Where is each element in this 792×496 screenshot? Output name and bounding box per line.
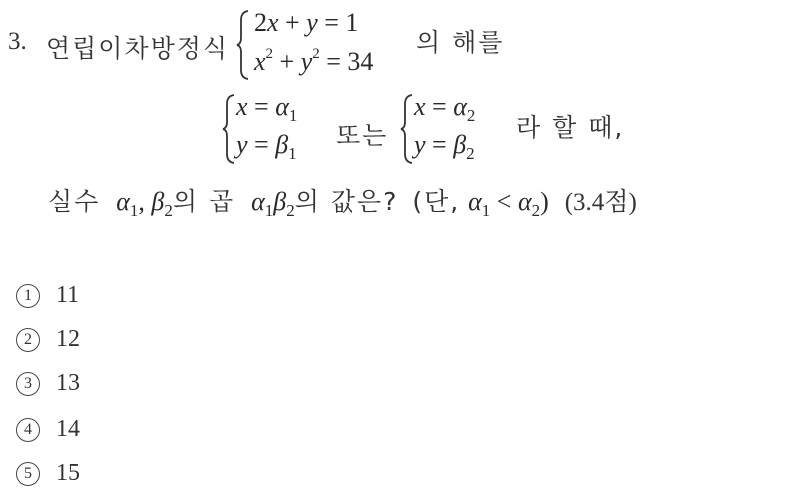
- question-product: α1β2: [251, 187, 295, 216]
- solution-1-y: y = β1: [236, 130, 297, 164]
- choice-3[interactable]: 313: [16, 370, 80, 397]
- question-condition: α1 < α2): [468, 187, 549, 216]
- choice-5[interactable]: 515: [16, 460, 80, 487]
- solution-2-x: x = α2: [414, 92, 475, 126]
- left-brace-icon: [400, 94, 414, 164]
- choice-value: 11: [56, 282, 79, 308]
- question-end: 의 값은?: [295, 187, 399, 216]
- solution-2-y: y = β2: [414, 130, 475, 164]
- question-points: (3.4점): [565, 189, 637, 216]
- choice-value: 15: [56, 460, 80, 486]
- choice-value: 14: [56, 416, 80, 442]
- question-condition-open: (단,: [412, 187, 460, 216]
- circled-number-icon: 1: [16, 284, 40, 308]
- choice-value: 12: [56, 326, 80, 352]
- choice-value: 13: [56, 370, 80, 396]
- choice-4[interactable]: 414: [16, 416, 80, 443]
- circled-number-icon: 5: [16, 462, 40, 486]
- circled-number-icon: 3: [16, 372, 40, 396]
- circled-number-icon: 4: [16, 418, 40, 442]
- question-vars: α1, β2: [116, 187, 173, 216]
- solution-1-x: x = α1: [236, 92, 297, 126]
- question-lead: 실수: [48, 187, 100, 216]
- equation-circle: x2 + y2 = 34: [254, 46, 373, 77]
- solution-2: x = α2 y = β2: [400, 90, 510, 168]
- circled-number-icon: 2: [16, 328, 40, 352]
- equation-linear: 2x + y = 1: [254, 8, 358, 38]
- connector-text: 또는: [336, 116, 388, 152]
- after-solutions-text: 라 할 때,: [516, 108, 624, 144]
- question-line: 실수 α1, β2의 곱 α1β2의 값은? (단, α1 < α2) (3.4…: [48, 182, 637, 221]
- after-system-text: 의 해를: [416, 23, 504, 59]
- equation-system: 2x + y = 1 x2 + y2 = 34: [236, 8, 406, 84]
- choice-2[interactable]: 212: [16, 326, 80, 353]
- left-brace-icon: [222, 94, 236, 164]
- question-mid: 의 곱: [173, 187, 235, 216]
- problem-number: 3.: [8, 28, 27, 56]
- left-brace-icon: [236, 10, 250, 80]
- problem-intro: 연립이차방정식: [46, 29, 229, 65]
- choice-1[interactable]: 111: [16, 282, 79, 309]
- solution-1: x = α1 y = β1: [222, 90, 332, 168]
